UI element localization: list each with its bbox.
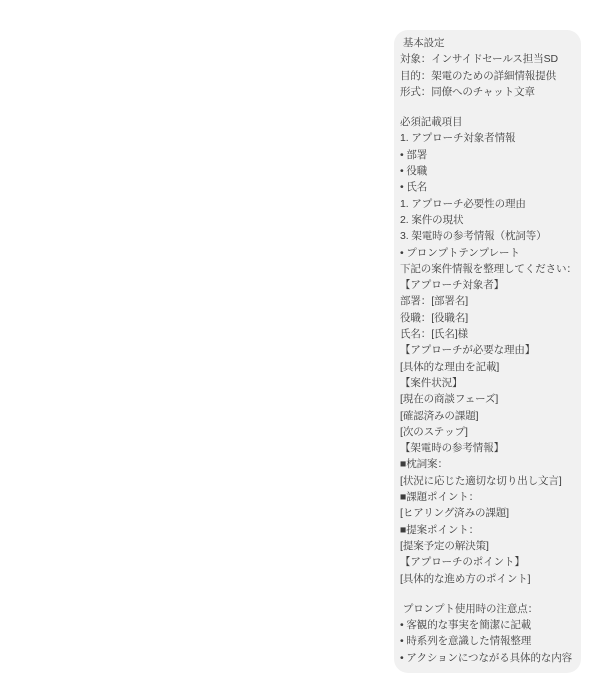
message-line: 対象：インサイドセールス担当SD xyxy=(400,51,576,67)
message-line: [確認済みの課題] xyxy=(400,408,576,424)
message-line: プロンプト使用時の注意点： xyxy=(400,601,576,617)
message-line: ■提案ポイント： xyxy=(400,522,576,538)
message-line: 【アプローチのポイント】 xyxy=(400,554,576,570)
message-line: 役職：[役職名] xyxy=(400,310,576,326)
message-line: 2. 案件の現状 xyxy=(400,212,576,228)
message-line: [現在の商談フェーズ] xyxy=(400,391,576,407)
message-line: 基本設定 xyxy=(400,35,576,51)
message-line: • 時系列を意識した情報整理 xyxy=(400,633,576,649)
message-line: [提案予定の解決策] xyxy=(400,538,576,554)
message-paragraph: 必須記載項目1. アプローチ対象者情報• 部署• 役職• 氏名1. アプローチ必… xyxy=(400,114,576,587)
message-line: 目的：架電のための詳細情報提供 xyxy=(400,68,576,84)
message-line: 【アプローチ対象者】 xyxy=(400,277,576,293)
message-line: [具体的な進め方のポイント] xyxy=(400,571,576,587)
message-line: 3. 架電時の参考情報（枕詞等） xyxy=(400,228,576,244)
message-line: 【架電時の参考情報】 xyxy=(400,440,576,456)
message-line: 必須記載項目 xyxy=(400,114,576,130)
message-line: • 氏名 xyxy=(400,179,576,195)
message-line: [ヒアリング済みの課題] xyxy=(400,505,576,521)
message-line: 氏名：[氏名]様 xyxy=(400,326,576,342)
message-line: [状況に応じた適切な切り出し文言] xyxy=(400,473,576,489)
message-paragraph: プロンプト使用時の注意点：• 客観的な事実を簡潔に記載• 時系列を意識した情報整… xyxy=(400,601,576,666)
message-line: 下記の案件情報を整理してください： xyxy=(400,261,576,277)
message-line: ■枕詞案： xyxy=(400,456,576,472)
message-line: 1. アプローチ必要性の理由 xyxy=(400,196,576,212)
message-line: 部署：[部署名] xyxy=(400,293,576,309)
user-message-bubble: 基本設定対象：インサイドセールス担当SD目的：架電のための詳細情報提供形式：同僚… xyxy=(394,30,581,673)
message-line: • 部署 xyxy=(400,147,576,163)
message-line: • 客観的な事実を簡潔に記載 xyxy=(400,617,576,633)
message-line: • 役職 xyxy=(400,163,576,179)
message-line: ■課題ポイント： xyxy=(400,489,576,505)
message-line: • アクションにつながる具体的な内容 xyxy=(400,650,576,666)
message-line: 【案件状況】 xyxy=(400,375,576,391)
chat-page: 基本設定対象：インサイドセールス担当SD目的：架電のための詳細情報提供形式：同僚… xyxy=(0,0,590,683)
message-line: 【アプローチが必要な理由】 xyxy=(400,342,576,358)
message-line: 形式：同僚へのチャット文章 xyxy=(400,84,576,100)
message-line: • プロンプトテンプレート xyxy=(400,245,576,261)
message-line: [具体的な理由を記載] xyxy=(400,359,576,375)
message-line: [次のステップ] xyxy=(400,424,576,440)
message-paragraph: 基本設定対象：インサイドセールス担当SD目的：架電のための詳細情報提供形式：同僚… xyxy=(400,35,576,100)
message-line: 1. アプローチ対象者情報 xyxy=(400,130,576,146)
